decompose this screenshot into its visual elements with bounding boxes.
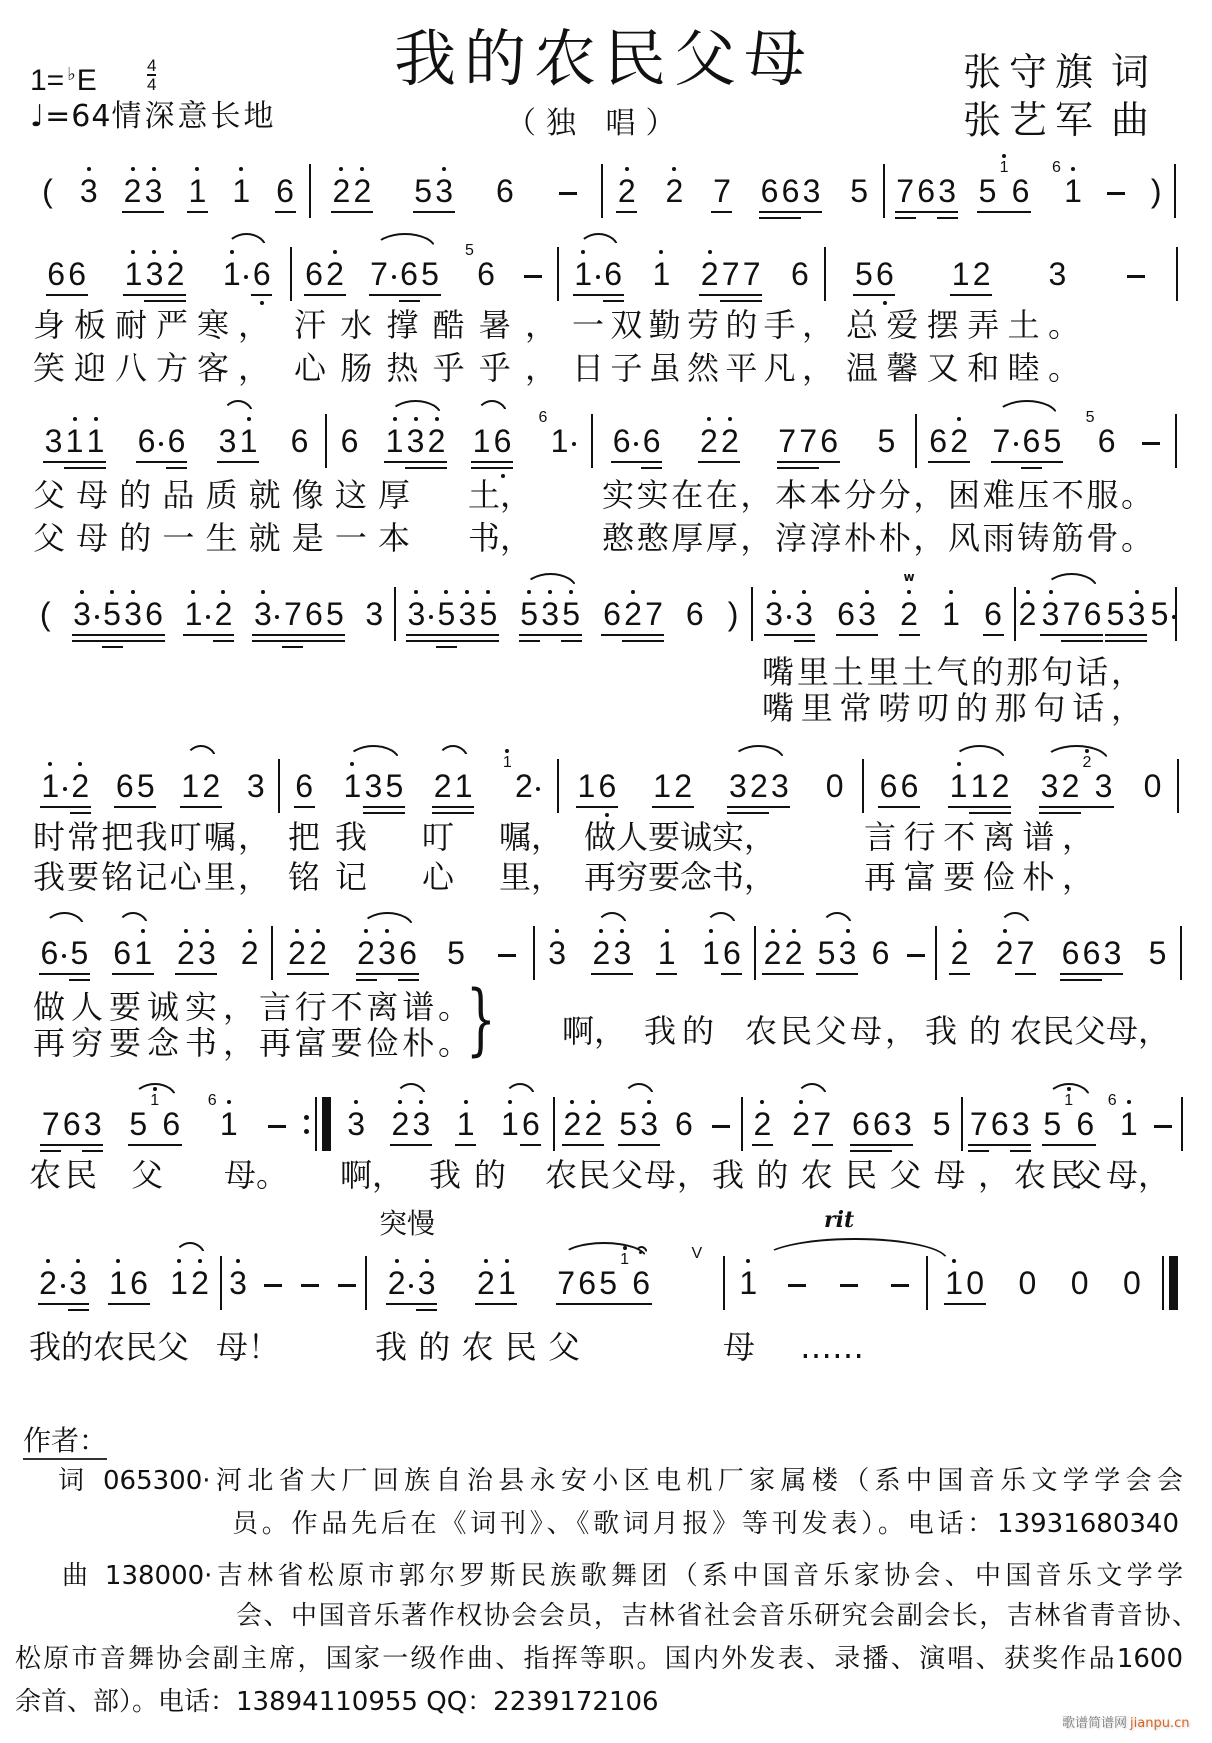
note: 6 (275, 158, 296, 228)
note: 2 (175, 920, 196, 990)
underline (180, 806, 201, 808)
augmentation-dot (570, 408, 579, 478)
high-octave-dot (484, 1259, 488, 1263)
augmentation-dot (407, 1250, 416, 1320)
lyric-segment: 实实在在，本本分分，困难压不服。 (602, 477, 1153, 513)
note: 2 (591, 920, 612, 990)
note-symbol: 2 (70, 771, 91, 801)
note-group: 21 (475, 1250, 517, 1320)
underline (727, 812, 748, 814)
note-symbol: 3 (892, 1109, 913, 1139)
rest: 0 (824, 753, 845, 823)
rest: 0 (1121, 1250, 1142, 1320)
underline (405, 461, 426, 463)
measure: 10000 (928, 1250, 1158, 1320)
note: 2 (562, 1091, 583, 1161)
underline (853, 294, 874, 296)
underline (611, 461, 632, 463)
note-symbol: 6 (759, 176, 780, 206)
note-group: 132 (384, 408, 447, 478)
dash (520, 241, 546, 311)
underline (133, 973, 154, 975)
lyric-segment: 农民父母， (545, 1157, 709, 1193)
underline (273, 640, 282, 642)
note: 2 (475, 1250, 496, 1320)
underline (969, 806, 990, 808)
barline (1180, 926, 1182, 980)
lyric-segment: 父 (1070, 1157, 1104, 1193)
note-group: 3535 (406, 581, 499, 651)
underline (157, 461, 166, 463)
note: 6 (289, 408, 310, 478)
lyric-segment: 嘴里土里土气的那句话， (762, 654, 1143, 690)
note-group: 776 (777, 408, 840, 478)
note-symbol: 1 (496, 1268, 517, 1298)
underline (727, 806, 748, 808)
note: 5 (876, 408, 897, 478)
note: 2 (994, 920, 1015, 990)
note: 2 (386, 1250, 407, 1320)
underline (899, 634, 920, 636)
note-symbol: 2 (513, 771, 534, 801)
underline (70, 806, 91, 808)
underline (561, 640, 582, 642)
rest: 0 (1069, 1250, 1090, 1320)
underline (618, 1144, 639, 1146)
measure: 323116 (535, 920, 754, 990)
note-symbol: 3 (540, 599, 561, 629)
high-octave-dot (131, 250, 135, 254)
note-symbol: 1 (576, 771, 597, 801)
underline (719, 461, 740, 463)
note: 5 (446, 920, 467, 990)
note-group (836, 1250, 862, 1320)
note: 3 (72, 581, 93, 651)
note: 6 (631, 1250, 652, 1320)
note-group: 16 (499, 1091, 541, 1161)
note: 1 (948, 753, 969, 823)
dash (494, 920, 520, 990)
note: 7 (720, 241, 741, 311)
note: 1 (1062, 158, 1083, 228)
note: 6 (129, 1250, 150, 1320)
measure: 2276635 (603, 158, 883, 228)
high-octave-dot (295, 929, 299, 933)
note-symbol: 3 (143, 176, 164, 206)
underline (273, 634, 282, 636)
augmentation-dot (61, 753, 70, 823)
note: 2 (390, 1091, 411, 1161)
underline (837, 973, 858, 975)
low-octave-dot (260, 301, 264, 305)
underline (1060, 973, 1081, 975)
dash (903, 920, 929, 990)
note-symbol: 6 (303, 599, 324, 629)
note-symbol: 2 (591, 938, 612, 968)
note-symbol: 1 (149, 1093, 161, 1109)
note-symbol: 3 (1093, 771, 1114, 801)
underline (406, 634, 427, 636)
note-group: 22 (562, 1091, 604, 1161)
note: 2 (331, 158, 352, 228)
underline (632, 461, 641, 463)
note-group: 516 (128, 1091, 182, 1161)
note-symbol: 2 (386, 1268, 407, 1298)
high-octave-dot (760, 1100, 764, 1104)
underline (427, 634, 436, 636)
note-group: 66 (46, 241, 88, 311)
note-group: 53 (618, 1091, 660, 1161)
note-symbol: 1 (183, 599, 204, 629)
underline (1105, 634, 1126, 636)
high-octave-dot (131, 590, 135, 594)
high-octave-dot (248, 929, 252, 933)
dot (392, 275, 396, 279)
note: 2 (1060, 753, 1081, 823)
note-symbol: 2 (325, 259, 346, 289)
note: 1 (656, 920, 677, 990)
measure: 2376535 (1016, 581, 1175, 651)
underline (612, 973, 633, 975)
measure: 1265123 (28, 753, 278, 823)
note-group: 53 (413, 158, 455, 228)
note-symbol: 6 (641, 426, 662, 456)
high-octave-dot (570, 1100, 574, 1104)
time-signature: 4 4 (147, 58, 156, 93)
note-group: V (690, 1250, 704, 1320)
note-symbol: 6 (916, 176, 937, 206)
note: 1 (573, 241, 594, 311)
underline (643, 640, 664, 642)
note: 6 (789, 241, 810, 311)
note-group (260, 1250, 286, 1320)
underline (798, 467, 819, 469)
note: 5 (853, 241, 874, 311)
underline (759, 211, 780, 213)
note-group: ) (1148, 158, 1164, 228)
note-symbol: 6 (520, 1109, 541, 1139)
open-bracket: ( (39, 158, 55, 228)
note: 1 (133, 920, 154, 990)
note-symbol: 1 (1063, 1093, 1075, 1109)
note-symbol: 6 (878, 771, 899, 801)
note: 6 (136, 408, 157, 478)
note: 7 (1061, 581, 1082, 651)
underline (60, 973, 69, 975)
underline (819, 461, 840, 463)
note: 5 (598, 1250, 619, 1320)
note-symbol: 5 (931, 1109, 952, 1139)
note-symbol: 2 (1060, 771, 1081, 801)
note-symbol: ( (37, 599, 53, 629)
underline (603, 300, 624, 302)
rest: 0 (965, 1250, 986, 1320)
key-prefix: 1= (30, 64, 64, 97)
staff-row-4: (35361237653 35355356276) 33632w16 23765… (0, 581, 1212, 651)
underline (143, 211, 164, 213)
augmentation-dot (242, 241, 251, 311)
note-symbol: 0 (1017, 1268, 1038, 1298)
underline (759, 217, 780, 219)
note-group: 23 (175, 920, 217, 990)
note-symbol: 2 (616, 176, 637, 206)
note-group: 0 (1142, 753, 1163, 823)
underline (492, 467, 513, 469)
note-symbol: 6 (577, 1268, 598, 1298)
note-symbol: 7 (40, 1109, 61, 1139)
note: 1 (950, 241, 971, 311)
staff-row-2: 6613216 6276556 1612776 56123 (0, 241, 1212, 311)
note-group: 663 (850, 1091, 913, 1161)
note-symbol: 3 (78, 176, 99, 206)
underline (1082, 634, 1103, 636)
note-symbol: 5 (324, 599, 345, 629)
underline (562, 1144, 583, 1146)
underline (699, 294, 720, 296)
note-symbol: 7 (1015, 938, 1036, 968)
high-octave-dot (73, 417, 77, 421)
underline (1060, 806, 1081, 808)
note: 3 (82, 1091, 103, 1161)
underline (363, 806, 384, 808)
note-group: 1 (231, 158, 252, 228)
underline (213, 640, 234, 642)
note: 3 (144, 241, 165, 311)
lyricist-role: 词 (1111, 50, 1149, 94)
note-group (1123, 241, 1149, 311)
underline (432, 812, 453, 814)
underline (144, 634, 165, 636)
augmentation-dot (785, 581, 794, 651)
note-symbol: 6 (819, 426, 840, 456)
underline (377, 973, 398, 975)
note-symbol: 0 (1069, 1268, 1090, 1298)
underline (748, 806, 769, 808)
dot (62, 954, 66, 958)
note-symbol: 1 (1118, 1109, 1139, 1139)
note-symbol: 6 (1075, 1109, 1096, 1139)
note-symbol: 6 (1050, 160, 1062, 176)
note-group: 27 (791, 1091, 833, 1161)
underline (426, 467, 447, 469)
note: 5 (69, 920, 90, 990)
underline (583, 1144, 604, 1146)
high-octave-dot (665, 929, 669, 933)
note-group: 323 (727, 753, 790, 823)
note: 7 (1015, 920, 1036, 990)
note-group: 53 (816, 920, 858, 990)
dot (244, 275, 248, 279)
measure: 61352112 (280, 753, 557, 823)
note-group: 0 (824, 753, 845, 823)
note-group (903, 920, 929, 990)
high-octave-dot (548, 590, 552, 594)
underline (144, 640, 165, 642)
high-octave-dot (505, 749, 509, 753)
note-symbol: 6 (136, 426, 157, 456)
note: 6 (983, 581, 1004, 651)
dot (409, 1284, 413, 1288)
underline (1081, 806, 1093, 808)
dash (264, 1091, 290, 1161)
measure: 76351661 (963, 1091, 1181, 1161)
note-group: 5 (446, 920, 467, 990)
note: 3 (1093, 753, 1114, 823)
note-symbol: 6 (601, 599, 622, 629)
underline (304, 294, 325, 296)
high-octave-dot (205, 929, 209, 933)
note-group (887, 1250, 913, 1320)
performance-type: （独 唱） (506, 106, 686, 142)
note-symbol: 2 (698, 426, 719, 456)
note-symbol: 5 (876, 426, 897, 456)
underline (175, 973, 196, 975)
note-symbol: 7 (369, 259, 390, 289)
high-octave-dot (48, 762, 52, 766)
note-group: 65 (39, 920, 90, 990)
underline (204, 634, 213, 636)
underline (102, 646, 123, 648)
barline (1176, 247, 1178, 301)
note: 2 (719, 408, 740, 478)
note-group: 3 (78, 158, 99, 228)
underline (217, 461, 238, 463)
barline-thin (315, 1097, 317, 1151)
note-symbol: 3 (1010, 1109, 1031, 1139)
underline (411, 1144, 432, 1146)
rest: 0 (1142, 753, 1163, 823)
note-symbol: 3 (457, 599, 478, 629)
note: 2 (673, 753, 694, 823)
measure: 76351661) (885, 158, 1174, 228)
note-symbol: 3 (837, 938, 858, 968)
high-octave-dot (505, 1259, 509, 1263)
staff-row-5: 1265123 61352112 16123230 6611232230 (0, 753, 1212, 823)
note-group: 65 (114, 753, 156, 823)
lyric-segment: 我的农民父 (375, 1329, 580, 1365)
high-octave-dot (339, 167, 343, 171)
underline (801, 211, 822, 213)
high-octave-dot (647, 1100, 651, 1104)
note-group: 66 (611, 408, 662, 478)
note-group: 0 (1121, 1250, 1142, 1320)
underline (1039, 812, 1060, 814)
note: 3 (892, 1091, 913, 1161)
note-group: 663 (759, 158, 822, 228)
underline (426, 461, 447, 463)
note-group: 61 (1050, 158, 1083, 228)
note-symbol: 3 (144, 259, 165, 289)
underline (764, 634, 785, 636)
note: 3 (1126, 581, 1147, 651)
high-octave-dot (360, 167, 364, 171)
note-symbol: 1 (950, 259, 971, 289)
grace-note: 2 (1081, 753, 1093, 823)
underline (67, 294, 88, 296)
note: 6 (874, 241, 895, 311)
note: 6 (161, 1091, 182, 1161)
underline (812, 1144, 833, 1146)
augmentation-dot (93, 581, 102, 651)
note-group: 2 (949, 920, 970, 990)
underline (405, 467, 426, 469)
note: 7 (968, 1091, 989, 1161)
measure: 22536 (555, 1091, 741, 1161)
high-octave-dot (709, 929, 713, 933)
note-symbol: 6 (673, 1109, 694, 1139)
underline (196, 973, 217, 975)
dash (297, 1250, 323, 1320)
underline (398, 979, 419, 981)
note-symbol: 3 (1047, 259, 1068, 289)
note-group: 22 (287, 920, 329, 990)
note: 7 (741, 241, 762, 311)
note: 6 (303, 581, 324, 651)
note-group: 12 (183, 581, 234, 651)
underline (1102, 973, 1123, 975)
note-symbol: 3 (612, 938, 633, 968)
note: 3 (123, 581, 144, 651)
note: 6 (603, 241, 624, 311)
note: 3 (364, 581, 385, 651)
measure: 31166316 (28, 408, 325, 478)
note-symbol: 2 (475, 1268, 496, 1298)
note: 2 (38, 1250, 59, 1320)
underline (850, 1144, 871, 1146)
note: 6 (780, 158, 801, 228)
low-octave-dot (605, 813, 609, 817)
note: 3 (434, 158, 455, 228)
note-group: 112 (948, 753, 1011, 823)
note: 7 (895, 158, 916, 228)
note-symbol: 5 (598, 1268, 619, 1298)
note: 6 (684, 581, 705, 651)
note-symbol: 3 (434, 176, 455, 206)
note-group: 3 (228, 1250, 249, 1320)
underline (991, 461, 1012, 463)
note: 6 (850, 1091, 871, 1161)
lyric-segment: 里， (499, 859, 555, 895)
note-group: 535 (519, 581, 582, 651)
note-group: 16 (221, 241, 272, 311)
note-group: 7 (711, 158, 732, 228)
note: 2 (201, 753, 222, 823)
high-octave-dot (555, 929, 559, 933)
grace-note: 5 (1084, 408, 1096, 478)
note-symbol: 6 (46, 259, 67, 289)
note-group: 23 (38, 1250, 89, 1320)
high-octave-dot (350, 762, 354, 766)
note-symbol: 3 (364, 599, 385, 629)
note-symbol: ( (39, 176, 55, 206)
note-symbol: 6 (39, 938, 60, 968)
note-symbol: 1 (85, 426, 106, 456)
high-octave-dot (707, 417, 711, 421)
note: 3 (457, 581, 478, 651)
underline (331, 211, 352, 213)
underline (420, 294, 441, 296)
note: 6 (67, 241, 88, 311)
note: 3 (196, 920, 217, 990)
note-symbol: 1 (453, 771, 474, 801)
high-octave-dot (239, 167, 243, 171)
lyric-segment: 我的农民父母， (712, 1157, 1010, 1193)
underline (1075, 1144, 1096, 1146)
underline (64, 461, 85, 463)
note-symbol: 1 (169, 1268, 190, 1298)
lyric-segment: 嘴里常唠叨的那句话， (762, 690, 1143, 726)
note: 2 (664, 158, 685, 228)
